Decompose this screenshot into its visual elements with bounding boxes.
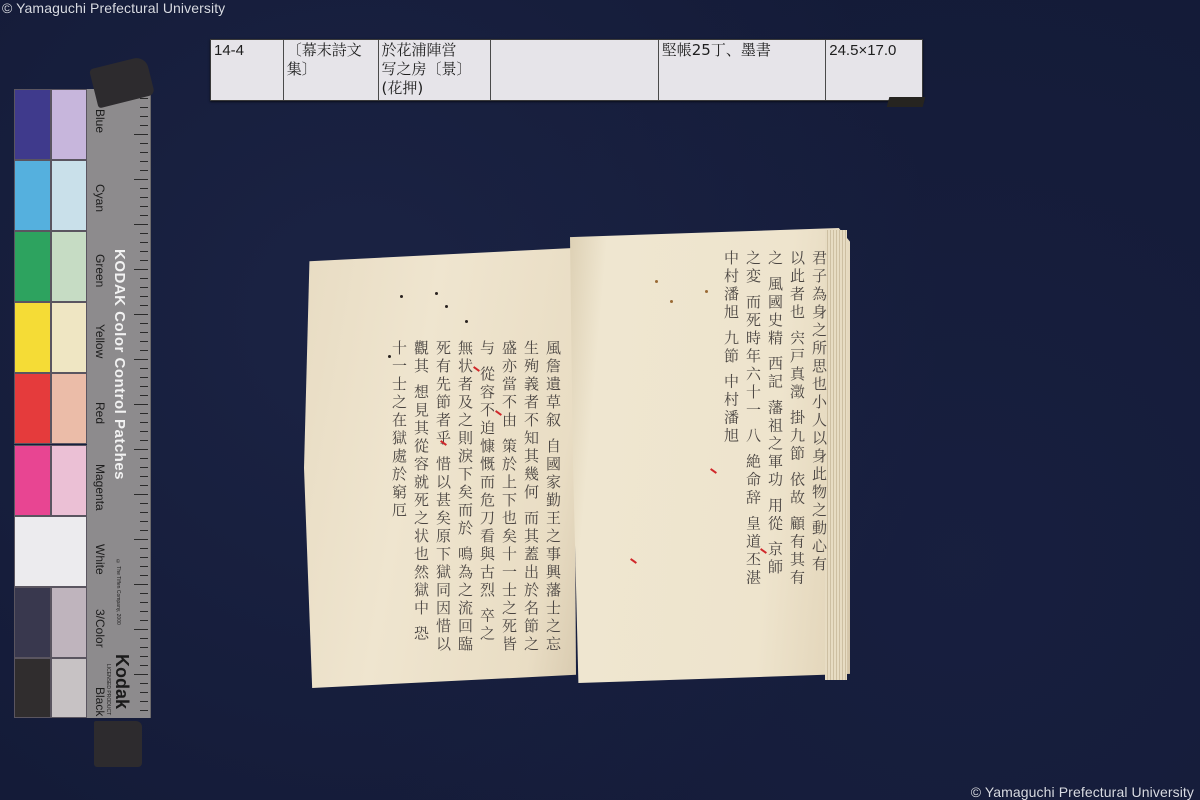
label-magenta: Magenta xyxy=(93,464,107,511)
stain-spot xyxy=(670,300,673,303)
card-title: 〔幕末詩文 集〕 xyxy=(284,40,379,100)
label-white: White xyxy=(93,544,107,575)
kodak-logo: Kodak xyxy=(111,654,132,709)
patch-cyan-dark xyxy=(14,160,51,231)
patch-3color-dark xyxy=(14,587,51,658)
patch-red-light xyxy=(51,373,87,444)
patch-red-dark xyxy=(14,373,51,444)
patch-3color-light xyxy=(51,587,87,658)
patch-yellow-light xyxy=(51,302,87,373)
card-blank xyxy=(491,40,659,100)
watermark-bottom: © Yamaguchi Prefectural University xyxy=(971,784,1194,800)
ink-spot xyxy=(445,305,448,308)
patch-blue-dark xyxy=(14,89,51,160)
patch-magenta-dark xyxy=(14,445,51,516)
label-yellow: Yellow xyxy=(93,324,107,358)
watermark-top: © Yamaguchi Prefectural University xyxy=(2,0,225,16)
tape-strip xyxy=(887,97,926,107)
patch-white xyxy=(14,516,87,587)
stain-spot xyxy=(655,280,658,283)
ink-spot xyxy=(435,292,438,295)
patch-magenta-light xyxy=(51,445,87,516)
ruler-major-ticks xyxy=(134,89,148,718)
label-cyan: Cyan xyxy=(93,184,107,212)
patch-yellow-dark xyxy=(14,302,51,373)
licensed-product-text: LICENSED PRODUCT xyxy=(105,664,111,715)
label-red: Red xyxy=(93,402,107,424)
tape-bottom xyxy=(94,721,142,767)
kodak-ruler: Blue Cyan Green Yellow Red Magenta White… xyxy=(87,89,151,718)
kodak-brand-text: KODAK Color Control Patches xyxy=(111,249,128,480)
stain-spot xyxy=(705,290,708,293)
card-format: 堅帳25丁、墨書 xyxy=(659,40,827,100)
ink-spot xyxy=(388,355,391,358)
patch-black-light xyxy=(51,658,87,718)
label-blue: Blue xyxy=(93,109,107,133)
left-page-text: 風詹遺草叙 自國家勤王之事興藩士之忘生殉義者不知其幾何 而其蓋出於名節之盛亦當不… xyxy=(388,340,564,660)
card-id: 14-4 xyxy=(211,40,284,100)
patch-cyan-light xyxy=(51,160,87,231)
label-green: Green xyxy=(93,254,107,287)
manuscript-book: 風詹遺草叙 自國家勤王之事興藩士之忘生殉義者不知其幾何 而其蓋出於名節之盛亦當不… xyxy=(300,220,860,700)
ink-spot xyxy=(400,295,403,298)
card-size: 24.5×17.0 xyxy=(826,40,922,100)
card-author: 於花浦陣営 写之房〔景〕 (花押) xyxy=(379,40,492,100)
tiffen-copyright: © The Tiffen Company, 2000 xyxy=(115,559,121,625)
catalog-card: 14-4 〔幕末詩文 集〕 於花浦陣営 写之房〔景〕 (花押) 堅帳25丁、墨書… xyxy=(210,39,923,101)
right-page-text: 君子為身之所思也小人以身此物之動心有 以此者也 宍戸真澂 掛九節 依故 顧有其有… xyxy=(720,250,830,590)
patch-black-dark xyxy=(14,658,51,718)
color-chart xyxy=(14,89,87,718)
patch-green-light xyxy=(51,231,87,302)
patch-green-dark xyxy=(14,231,51,302)
ink-spot xyxy=(465,320,468,323)
label-3color: 3/Color xyxy=(93,609,107,648)
patch-blue-light xyxy=(51,89,87,160)
